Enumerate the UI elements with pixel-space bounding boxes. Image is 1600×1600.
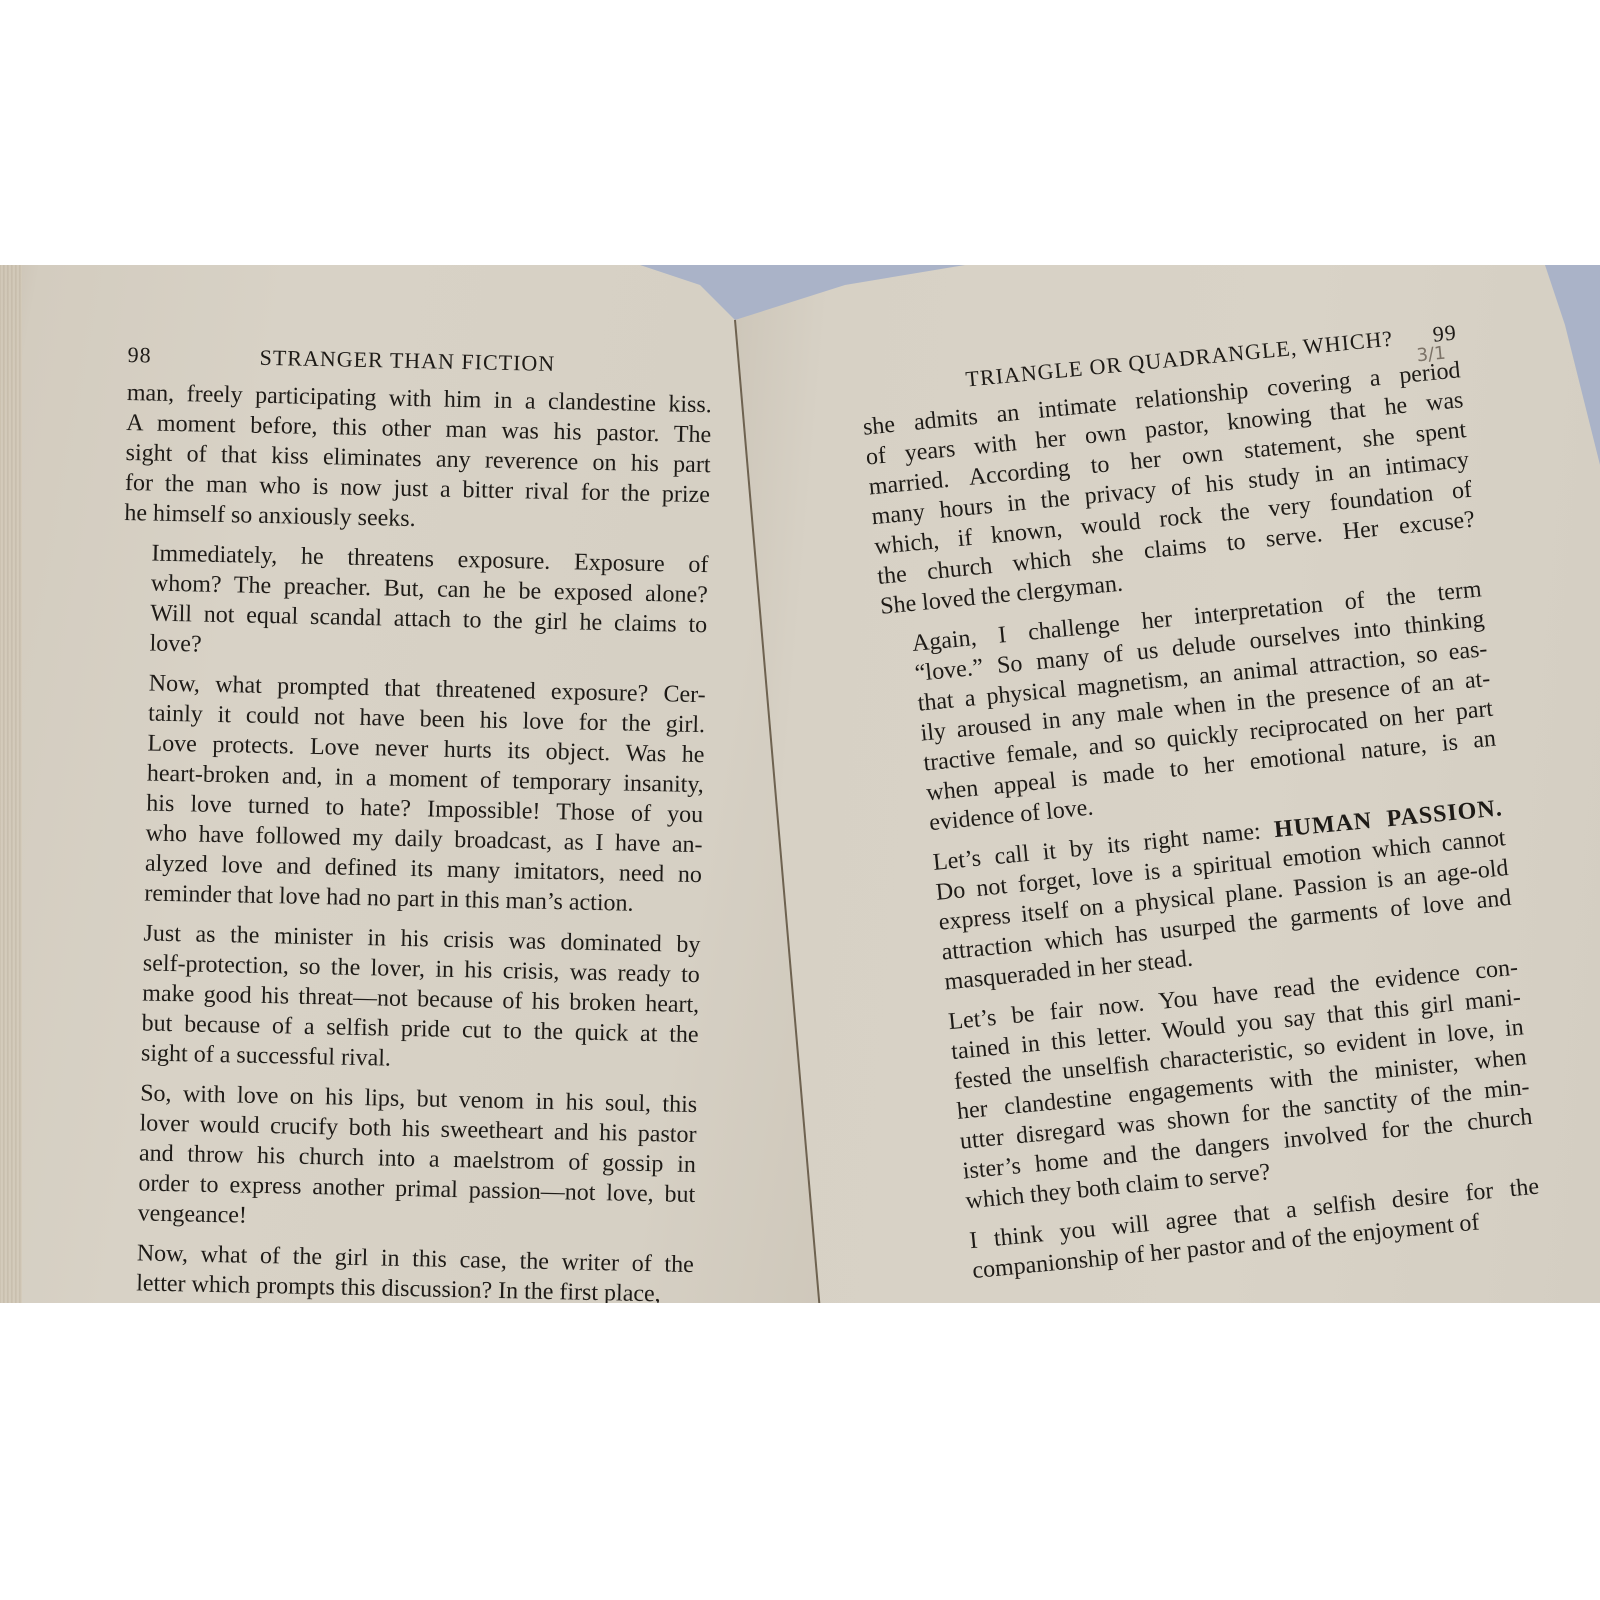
pencil-annotation: 3/1 xyxy=(1415,339,1447,372)
page-edges xyxy=(0,265,22,1303)
left-page-number: 98 xyxy=(127,340,152,370)
book-photo: 98 STRANGER THAN FICTION man, freely par… xyxy=(0,265,1600,1303)
left-running-title: STRANGER THAN FICTION xyxy=(259,343,555,379)
paragraph: man, freely participating with him in a … xyxy=(124,378,712,540)
paragraph: Now, what of the girl in this case, the … xyxy=(108,1238,694,1303)
right-paragraphs: she admits an intimate relationship cove… xyxy=(862,355,1544,1288)
right-page-text: TRIANGLE OR QUADRANGLE, WHICH? 99 3/1 sh… xyxy=(858,317,1544,1298)
paragraph: Immediately, he threatens exposure. Expo… xyxy=(121,538,708,670)
paragraph: So, with love on his lips, but venom in … xyxy=(109,1078,697,1240)
paragraph: Let’s be fair now. You have read the evi… xyxy=(919,953,1536,1220)
left-paragraphs: man, freely participating with him in a … xyxy=(108,378,712,1303)
paragraph: Again, I challenge her interpretation of… xyxy=(883,574,1500,841)
paragraph: Now, what prompted that threatened expos… xyxy=(116,668,706,920)
paragraph: Just as the minister in his crisis was d… xyxy=(113,918,701,1080)
left-page-text: 98 STRANGER THAN FICTION man, freely par… xyxy=(108,340,713,1303)
